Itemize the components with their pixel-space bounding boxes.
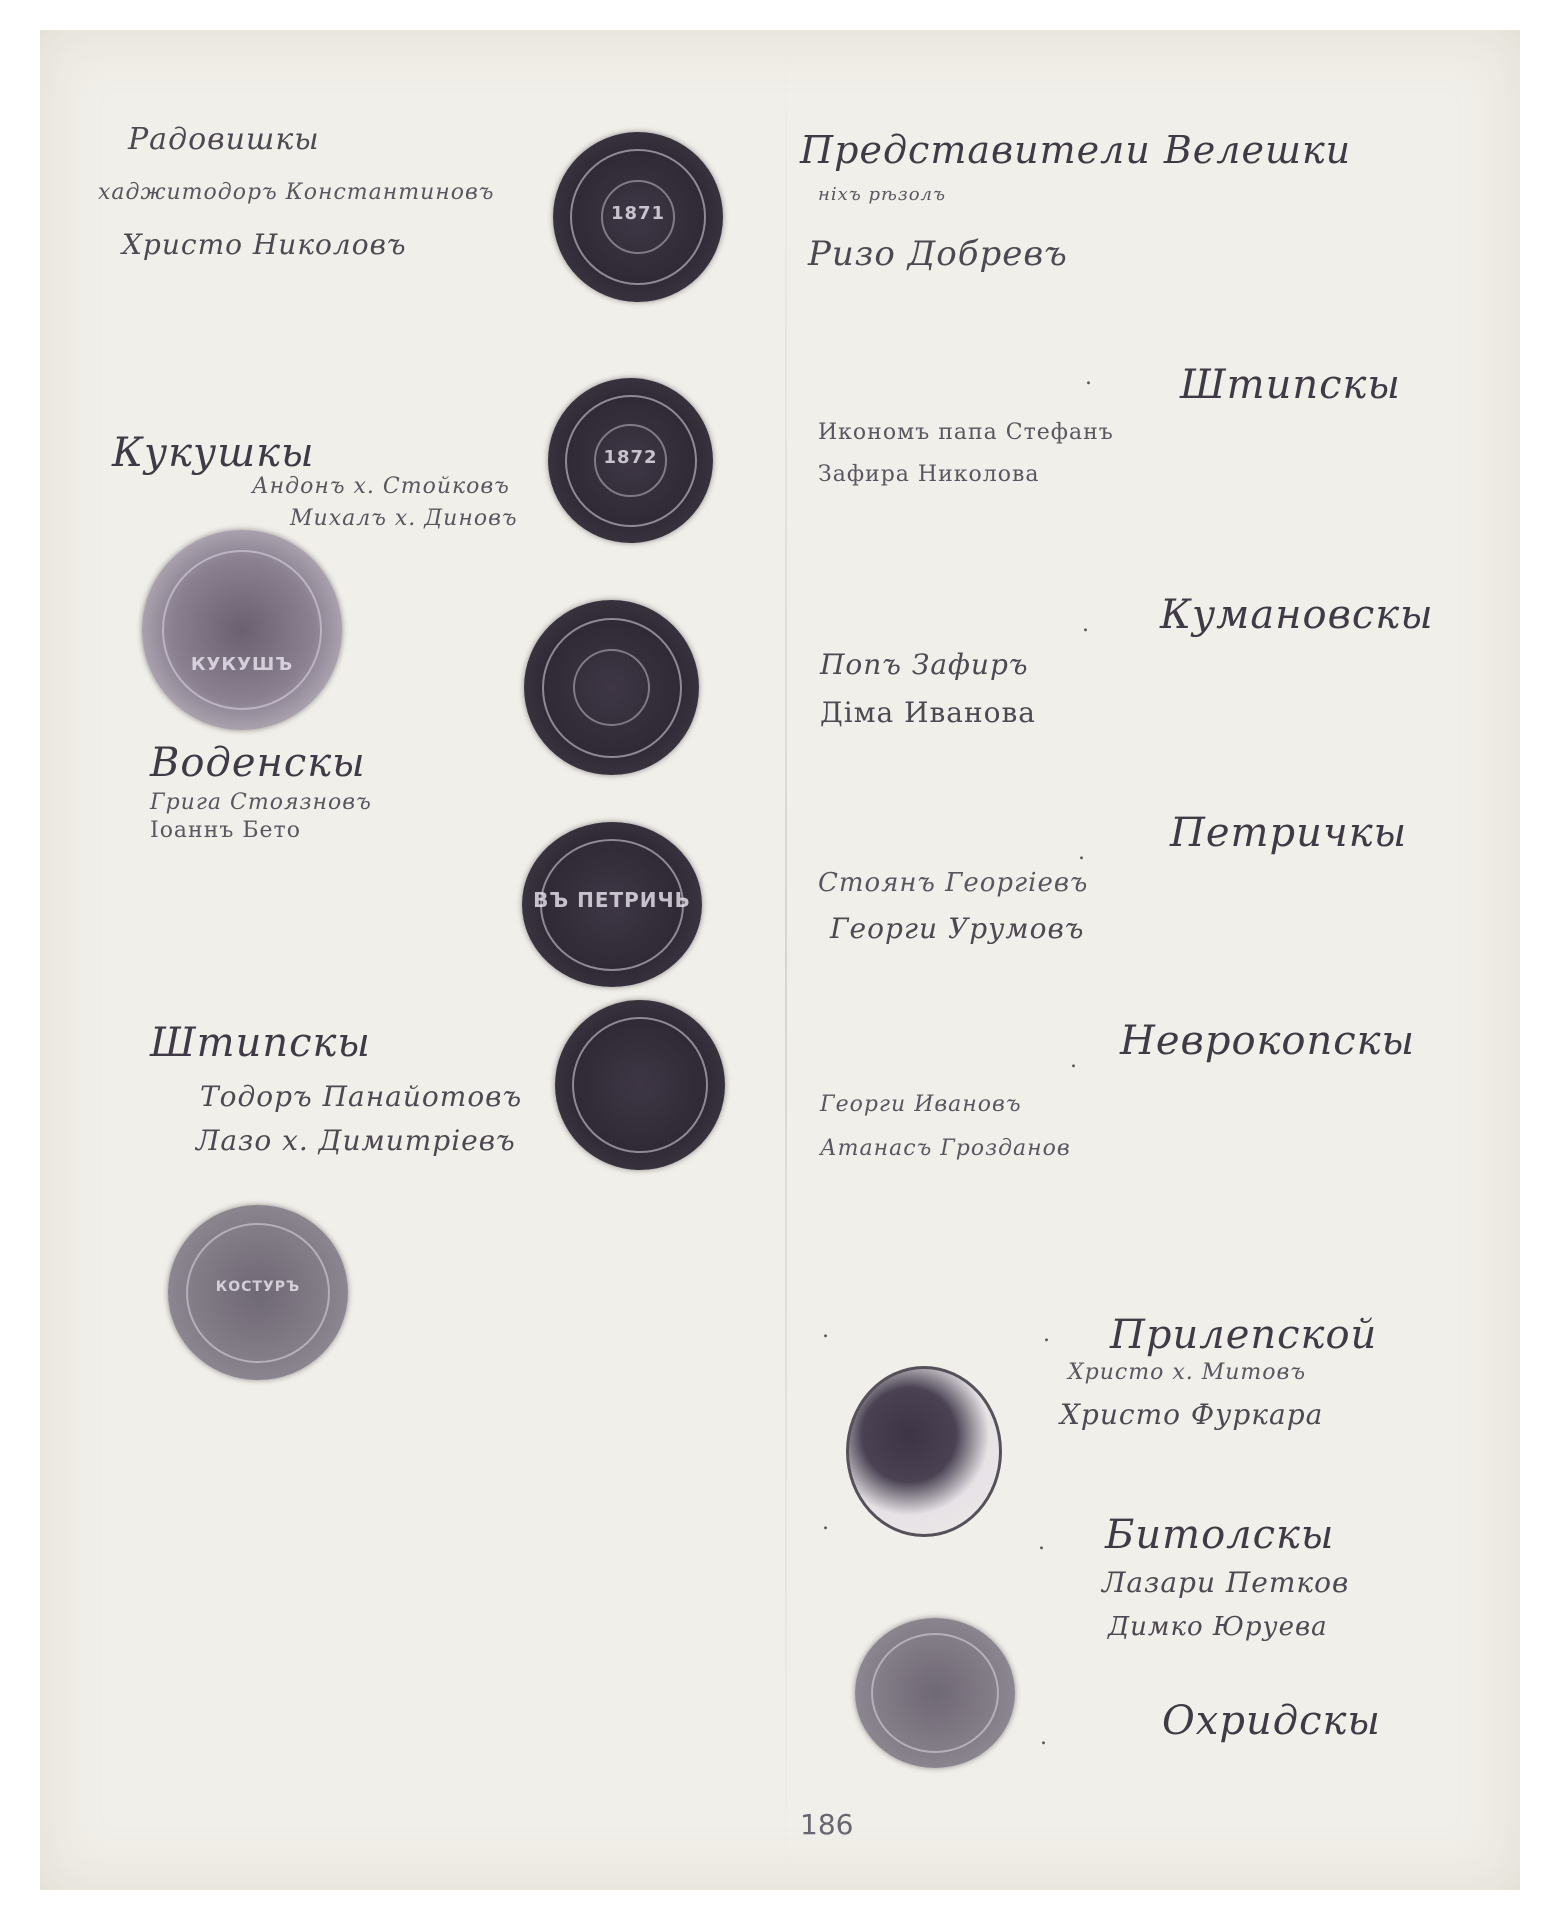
seal-middle-1 — [524, 600, 699, 775]
seal-kukush-top: 1872 — [548, 378, 713, 543]
seal-shtip — [555, 1000, 725, 1170]
seal-petrich: ВЪ ПЕТРИЧЬ — [522, 822, 702, 987]
bitola-signer-2: Димко Юруева — [1108, 1612, 1328, 1642]
kumanovo-heading: Кумановскы — [1160, 592, 1434, 638]
bitola-signer-1: Лазари Петков — [1102, 1566, 1349, 1599]
radovish-heading: Радовишкы — [128, 122, 320, 157]
nevrokop-heading: Неврокопскы — [1120, 1018, 1415, 1064]
seal-bitola — [855, 1618, 1015, 1768]
bitola-heading: Битолскы — [1105, 1512, 1335, 1558]
prilep-signer-2: Христо Фуркара — [1060, 1398, 1323, 1431]
page-fold-line — [785, 30, 787, 1890]
seal-kukush-large: КУКУШЪ — [142, 530, 342, 730]
radovish-signer-1: хаджитодоръ Константиновъ — [98, 180, 494, 205]
shtip-heading: Штипскы — [150, 1020, 371, 1066]
petrich-signer-2: Георги Урумовъ — [830, 912, 1084, 945]
veles-heading: Представители Велешки — [800, 128, 1351, 172]
shtip-right-signer-2: Зафира Николова — [818, 462, 1039, 487]
ohrid-heading: Охридскы — [1162, 1698, 1381, 1744]
nevrokop-signer-2: Атанасъ Грозданов — [820, 1136, 1071, 1161]
kukush-heading: Кукушкы — [112, 430, 315, 476]
kukush-signer-1: Андонъ х. Стойковъ — [252, 474, 510, 499]
radovish-signer-2: Христо Николовъ — [122, 228, 407, 261]
nevrokop-signer-1: Георги Ивановъ — [820, 1092, 1022, 1117]
page-number: 186 — [800, 1808, 853, 1841]
shtip-right-signer-1: Икономъ папа Стефанъ — [818, 420, 1114, 445]
voden-signer-1: Грига Стоязновъ — [150, 790, 372, 815]
shtip-right-heading: Штипскы — [1180, 362, 1401, 408]
seal-bottom-left: КОСТУРЪ — [168, 1205, 348, 1380]
petrich-signer-1: Стоянъ Георгіевъ — [818, 868, 1088, 898]
seal-radovish: 1871 — [553, 132, 723, 302]
veles-signer-1: ніхъ рѣзолъ — [818, 184, 946, 205]
kumanovo-signer-1: Попъ Зафиръ — [820, 648, 1029, 681]
shtip-signer-1: Тодоръ Панайотовъ — [200, 1080, 522, 1113]
kumanovo-signer-2: Діма Иванова — [820, 696, 1036, 729]
seal-prilep — [846, 1366, 1002, 1537]
petrich-heading: Петричкы — [1170, 810, 1407, 856]
prilep-heading: Прилепской — [1110, 1312, 1377, 1358]
shtip-signer-2: Лазо х. Димитріевъ — [196, 1124, 516, 1157]
veles-signer-2: Ризо Добревъ — [808, 234, 1068, 274]
document-page — [40, 30, 1520, 1890]
voden-heading: Воденскы — [150, 740, 366, 786]
kukush-signer-2: Михалъ х. Диновъ — [290, 506, 518, 531]
voden-signer-2: Іоаннъ Бето — [150, 818, 301, 843]
prilep-signer-1: Христо х. Митовъ — [1068, 1360, 1306, 1385]
